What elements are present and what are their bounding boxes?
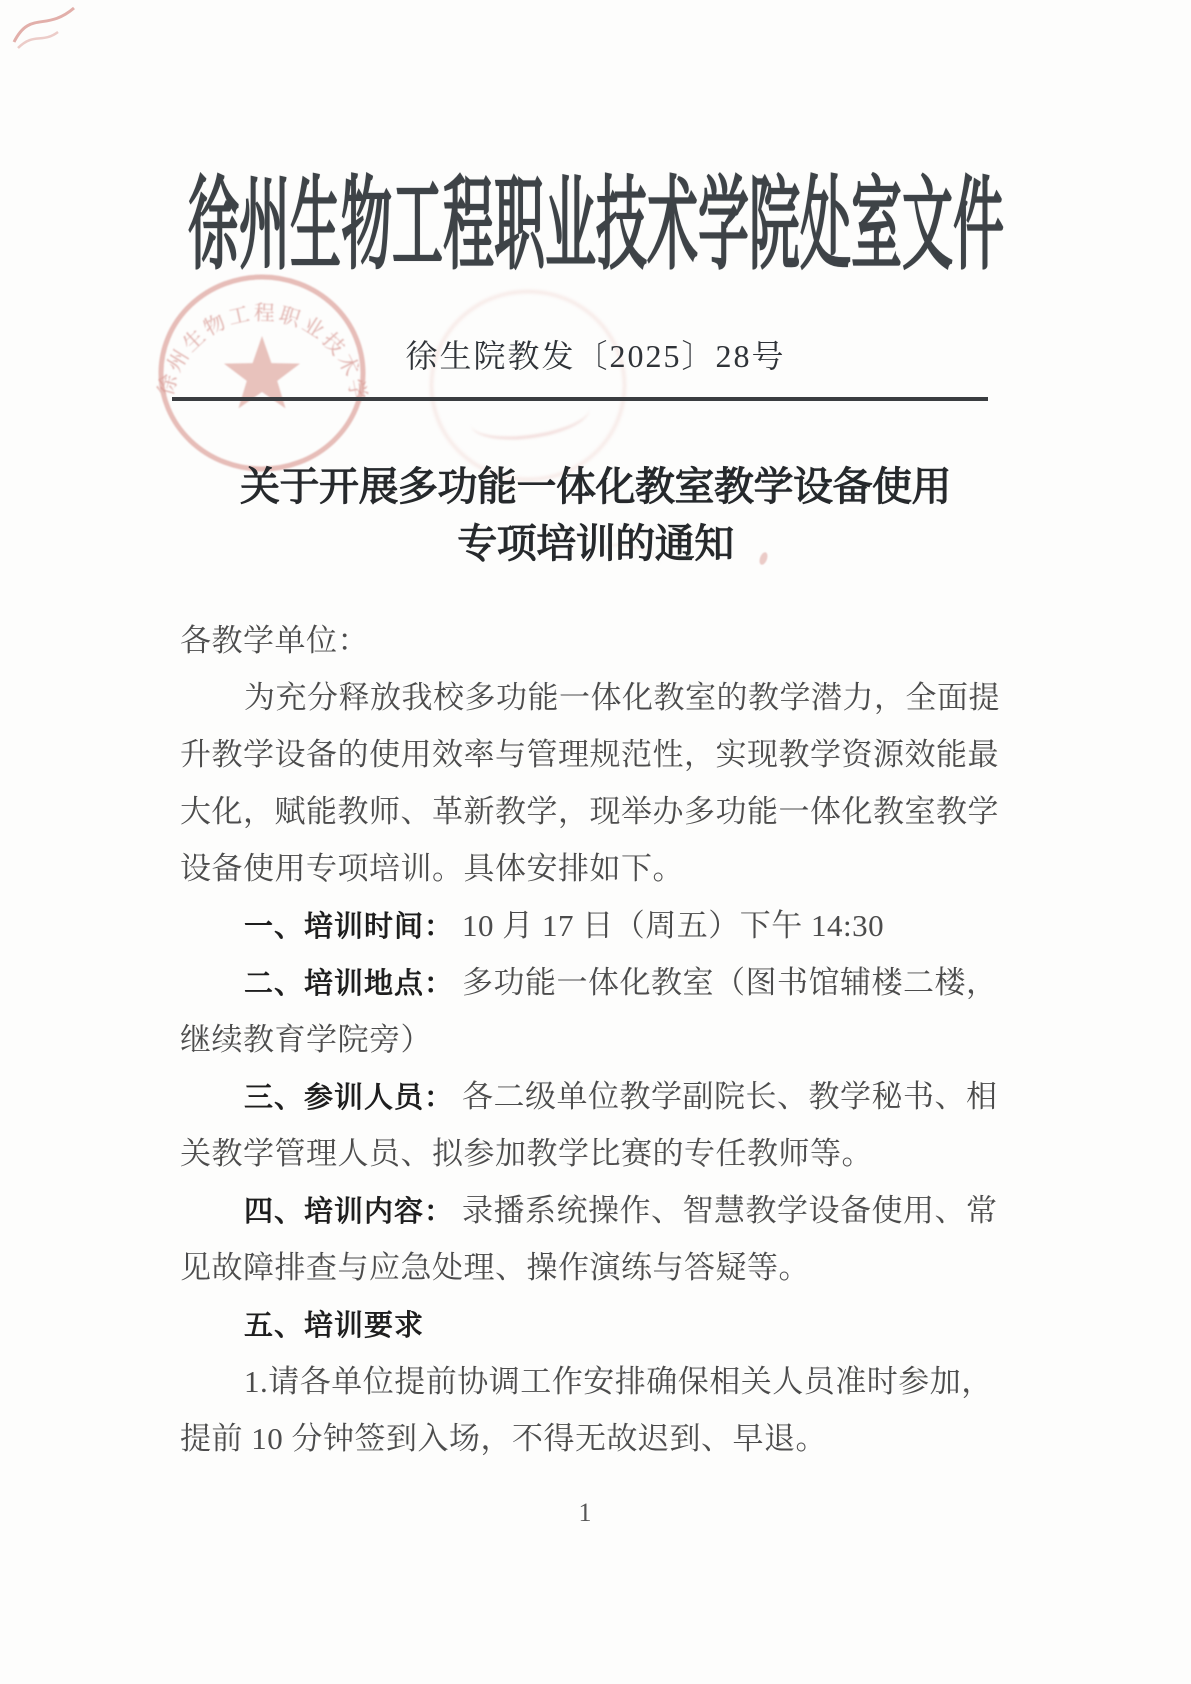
body-line: 见故障排查与应急处理、操作演练与答疑等。 (180, 1239, 995, 1296)
ghost-red-wisp (468, 387, 593, 446)
notice-body: 各教学单位： 为充分释放我校多功能一体化教室的教学潜力，全面提 升教学设备的使用… (180, 612, 995, 1467)
corner-red-mark (10, 2, 82, 52)
body-line: 设备使用专项培训。具体安排如下。 (180, 840, 995, 897)
header-rule (172, 397, 988, 401)
body-line-item-1: 一、培训时间：10 月 17 日（周五）下午 14:30 (180, 897, 995, 954)
document-header: 徐州生物工程职业技术学院处室文件 (0, 172, 1191, 282)
notice-title-line2: 专项培训的通知 (0, 515, 1191, 572)
item-label: 四、培训内容： (244, 1196, 454, 1228)
body-line-salutation: 各教学单位： (180, 612, 995, 669)
item-label: 一、培训时间： (244, 911, 454, 943)
body-line-item-3: 三、参训人员：各二级单位教学副院长、教学秘书、相 (180, 1068, 995, 1125)
body-line: 为充分释放我校多功能一体化教室的教学潜力，全面提 (180, 669, 995, 726)
item-label: 五、培训要求 (244, 1310, 424, 1342)
body-line: 继续教育学院旁） (180, 1011, 995, 1068)
institution-header-title: 徐州生物工程职业技术学院处室文件 (188, 172, 1004, 282)
body-line: 1.请各单位提前协调工作安排确保相关人员准时参加， (180, 1353, 995, 1410)
item-label: 三、参训人员： (244, 1082, 454, 1114)
notice-title: 关于开展多功能一体化教室教学设备使用 专项培训的通知 (0, 458, 1191, 572)
body-line-item-4: 四、培训内容：录播系统操作、智慧教学设备使用、常 (180, 1182, 995, 1239)
scanned-document-page: 徐州生物工程职业技术学院处室文件 徐州生物工程职业技术学院 徐生院教发〔2025… (0, 0, 1191, 1684)
doc-number: 徐生院教发〔2025〕28号 (0, 331, 1191, 377)
body-line: 提前 10 分钟签到入场，不得无故迟到、早退。 (180, 1410, 995, 1467)
body-line: 关教学管理人员、拟参加教学比赛的专任教师等。 (180, 1125, 995, 1182)
item-label: 二、培训地点： (244, 968, 454, 1000)
body-line: 升教学设备的使用效率与管理规范性，实现教学资源效能最 (180, 726, 995, 783)
body-line-item-5: 五、培训要求 (180, 1296, 995, 1353)
body-line: 大化，赋能教师、革新教学，现举办多功能一体化教室教学 (180, 783, 995, 840)
notice-title-line1: 关于开展多功能一体化教室教学设备使用 (0, 458, 1191, 515)
ghost-stamp-ring (430, 290, 626, 481)
body-line-item-2: 二、培训地点：多功能一体化教室（图书馆辅楼二楼， (180, 954, 995, 1011)
page-number: 1 (180, 1498, 990, 1528)
